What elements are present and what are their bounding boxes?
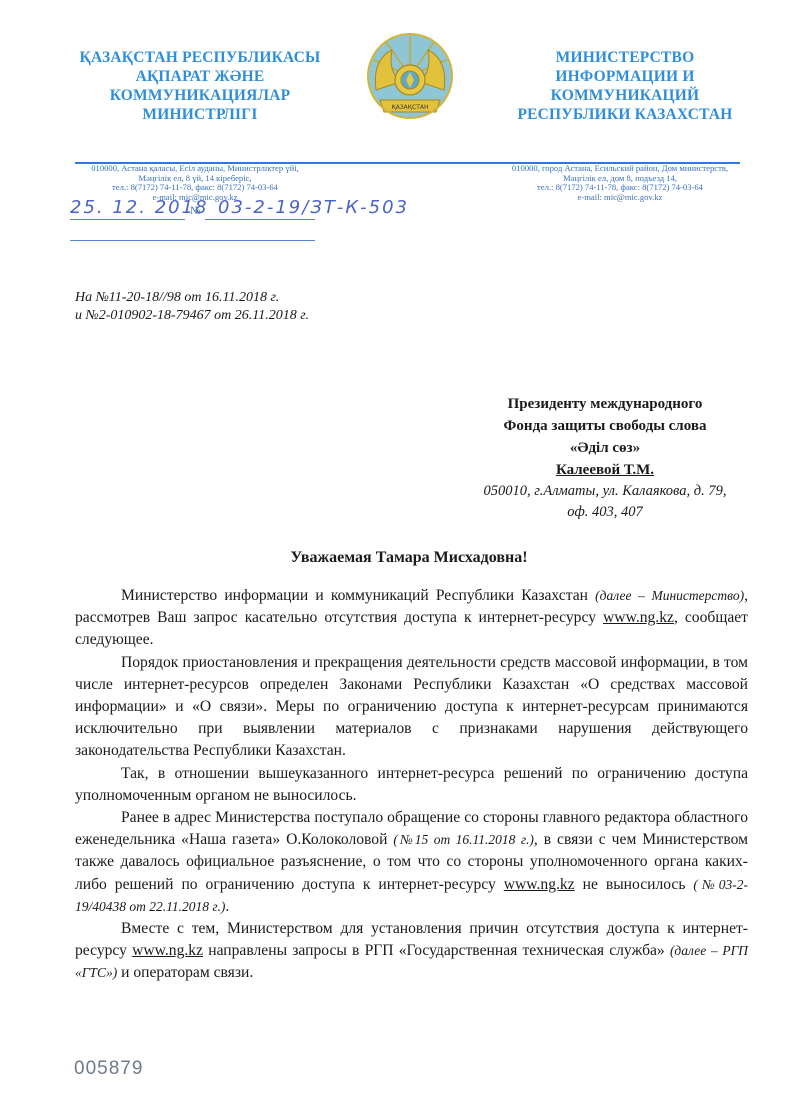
date-underline xyxy=(70,219,185,220)
recipient-title: Президенту международного xyxy=(440,393,770,415)
salutation: Уважаемая Тамара Мисхадовна! xyxy=(0,549,800,567)
text: не выносилось xyxy=(575,876,694,893)
address-russian: 010000, город Астана, Есильский район, Д… xyxy=(500,164,740,202)
website-link[interactable]: www.ng.kz xyxy=(603,609,674,626)
ministry-title-russian: МИНИСТЕРСТВО ИНФОРМАЦИИ И КОММУНИКАЦИЙ Р… xyxy=(505,48,745,124)
reference-line: и №2-010902-18-79467 от 26.11.2018 г. xyxy=(75,307,309,325)
text: направлены запросы в РГП «Государственна… xyxy=(203,942,670,959)
handwritten-registration-number: 03-2-19/ЗТ-К-503 xyxy=(218,197,409,218)
title-line: АҚПАРАТ ЖӘНЕ xyxy=(60,67,340,86)
website-link[interactable]: www.ng.kz xyxy=(504,876,575,893)
ministry-title-kazakh: ҚАЗАҚСТАН РЕСПУБЛИКАСЫ АҚПАРАТ ЖӘНЕ КОММ… xyxy=(60,48,340,124)
title-line: ҚАЗАҚСТАН РЕСПУБЛИКАСЫ xyxy=(60,48,340,67)
reference-block: На №11-20-18//98 от 16.11.2018 г. и №2-0… xyxy=(75,289,309,325)
recipient-name: Калеевой Т.М. xyxy=(440,459,770,481)
email-line: e-mail: mic@mic.gov.kz xyxy=(500,193,740,203)
title-line: РЕСПУБЛИКИ КАЗАХСТАН xyxy=(505,105,745,124)
title-line: КОММУНИКАЦИЙ xyxy=(505,86,745,105)
text: и операторам связи. xyxy=(117,964,253,981)
title-line: МИНИСТРЛІГІ xyxy=(60,105,340,124)
svg-text:ҚАЗАҚСТАН: ҚАЗАҚСТАН xyxy=(391,104,428,111)
paragraph-5: Вместе с тем, Министерством для установл… xyxy=(75,918,748,985)
italic-note: (далее – Министерство) xyxy=(595,588,744,603)
reference-line: На №11-20-18//98 от 16.11.2018 г. xyxy=(75,289,309,307)
text: Министерство информации и коммуникаций Р… xyxy=(121,587,595,604)
website-link[interactable]: www.ng.kz xyxy=(132,942,203,959)
number-underline xyxy=(205,219,315,220)
number-sign: № xyxy=(190,205,201,217)
paragraph-2: Порядок приостановления и прекращения де… xyxy=(75,652,748,763)
letter-body: Министерство информации и коммуникаций Р… xyxy=(75,585,748,985)
recipient-organization-name: «Әділ сөз» xyxy=(440,437,770,459)
recipient-address-office: оф. 403, 407 xyxy=(440,502,770,523)
paragraph-4: Ранее в адрес Министерства поступало обр… xyxy=(75,807,748,918)
italic-note: (№15 от 16.11.2018 г.) xyxy=(393,832,533,847)
title-line: МИНИСТЕРСТВО xyxy=(505,48,745,67)
title-line: КОММУНИКАЦИЯЛАР xyxy=(60,86,340,105)
paragraph-1: Министерство информации и коммуникаций Р… xyxy=(75,585,748,652)
title-line: ИНФОРМАЦИИ И xyxy=(505,67,745,86)
recipient-address: 050010, г.Алматы, ул. Калаякова, д. 79, xyxy=(440,481,770,502)
text: . xyxy=(225,898,229,915)
recipient-block: Президенту международного Фонда защиты с… xyxy=(440,393,770,523)
blank-line xyxy=(70,240,315,241)
paragraph-3: Так, в отношении вышеуказанного интернет… xyxy=(75,763,748,807)
coat-of-arms-icon: ҚАЗАҚСТАН xyxy=(366,30,454,124)
recipient-organization: Фонда защиты свободы слова xyxy=(440,415,770,437)
handwritten-date: 25. 12. 2018 xyxy=(70,197,209,218)
serial-number: 005879 xyxy=(74,1058,143,1080)
